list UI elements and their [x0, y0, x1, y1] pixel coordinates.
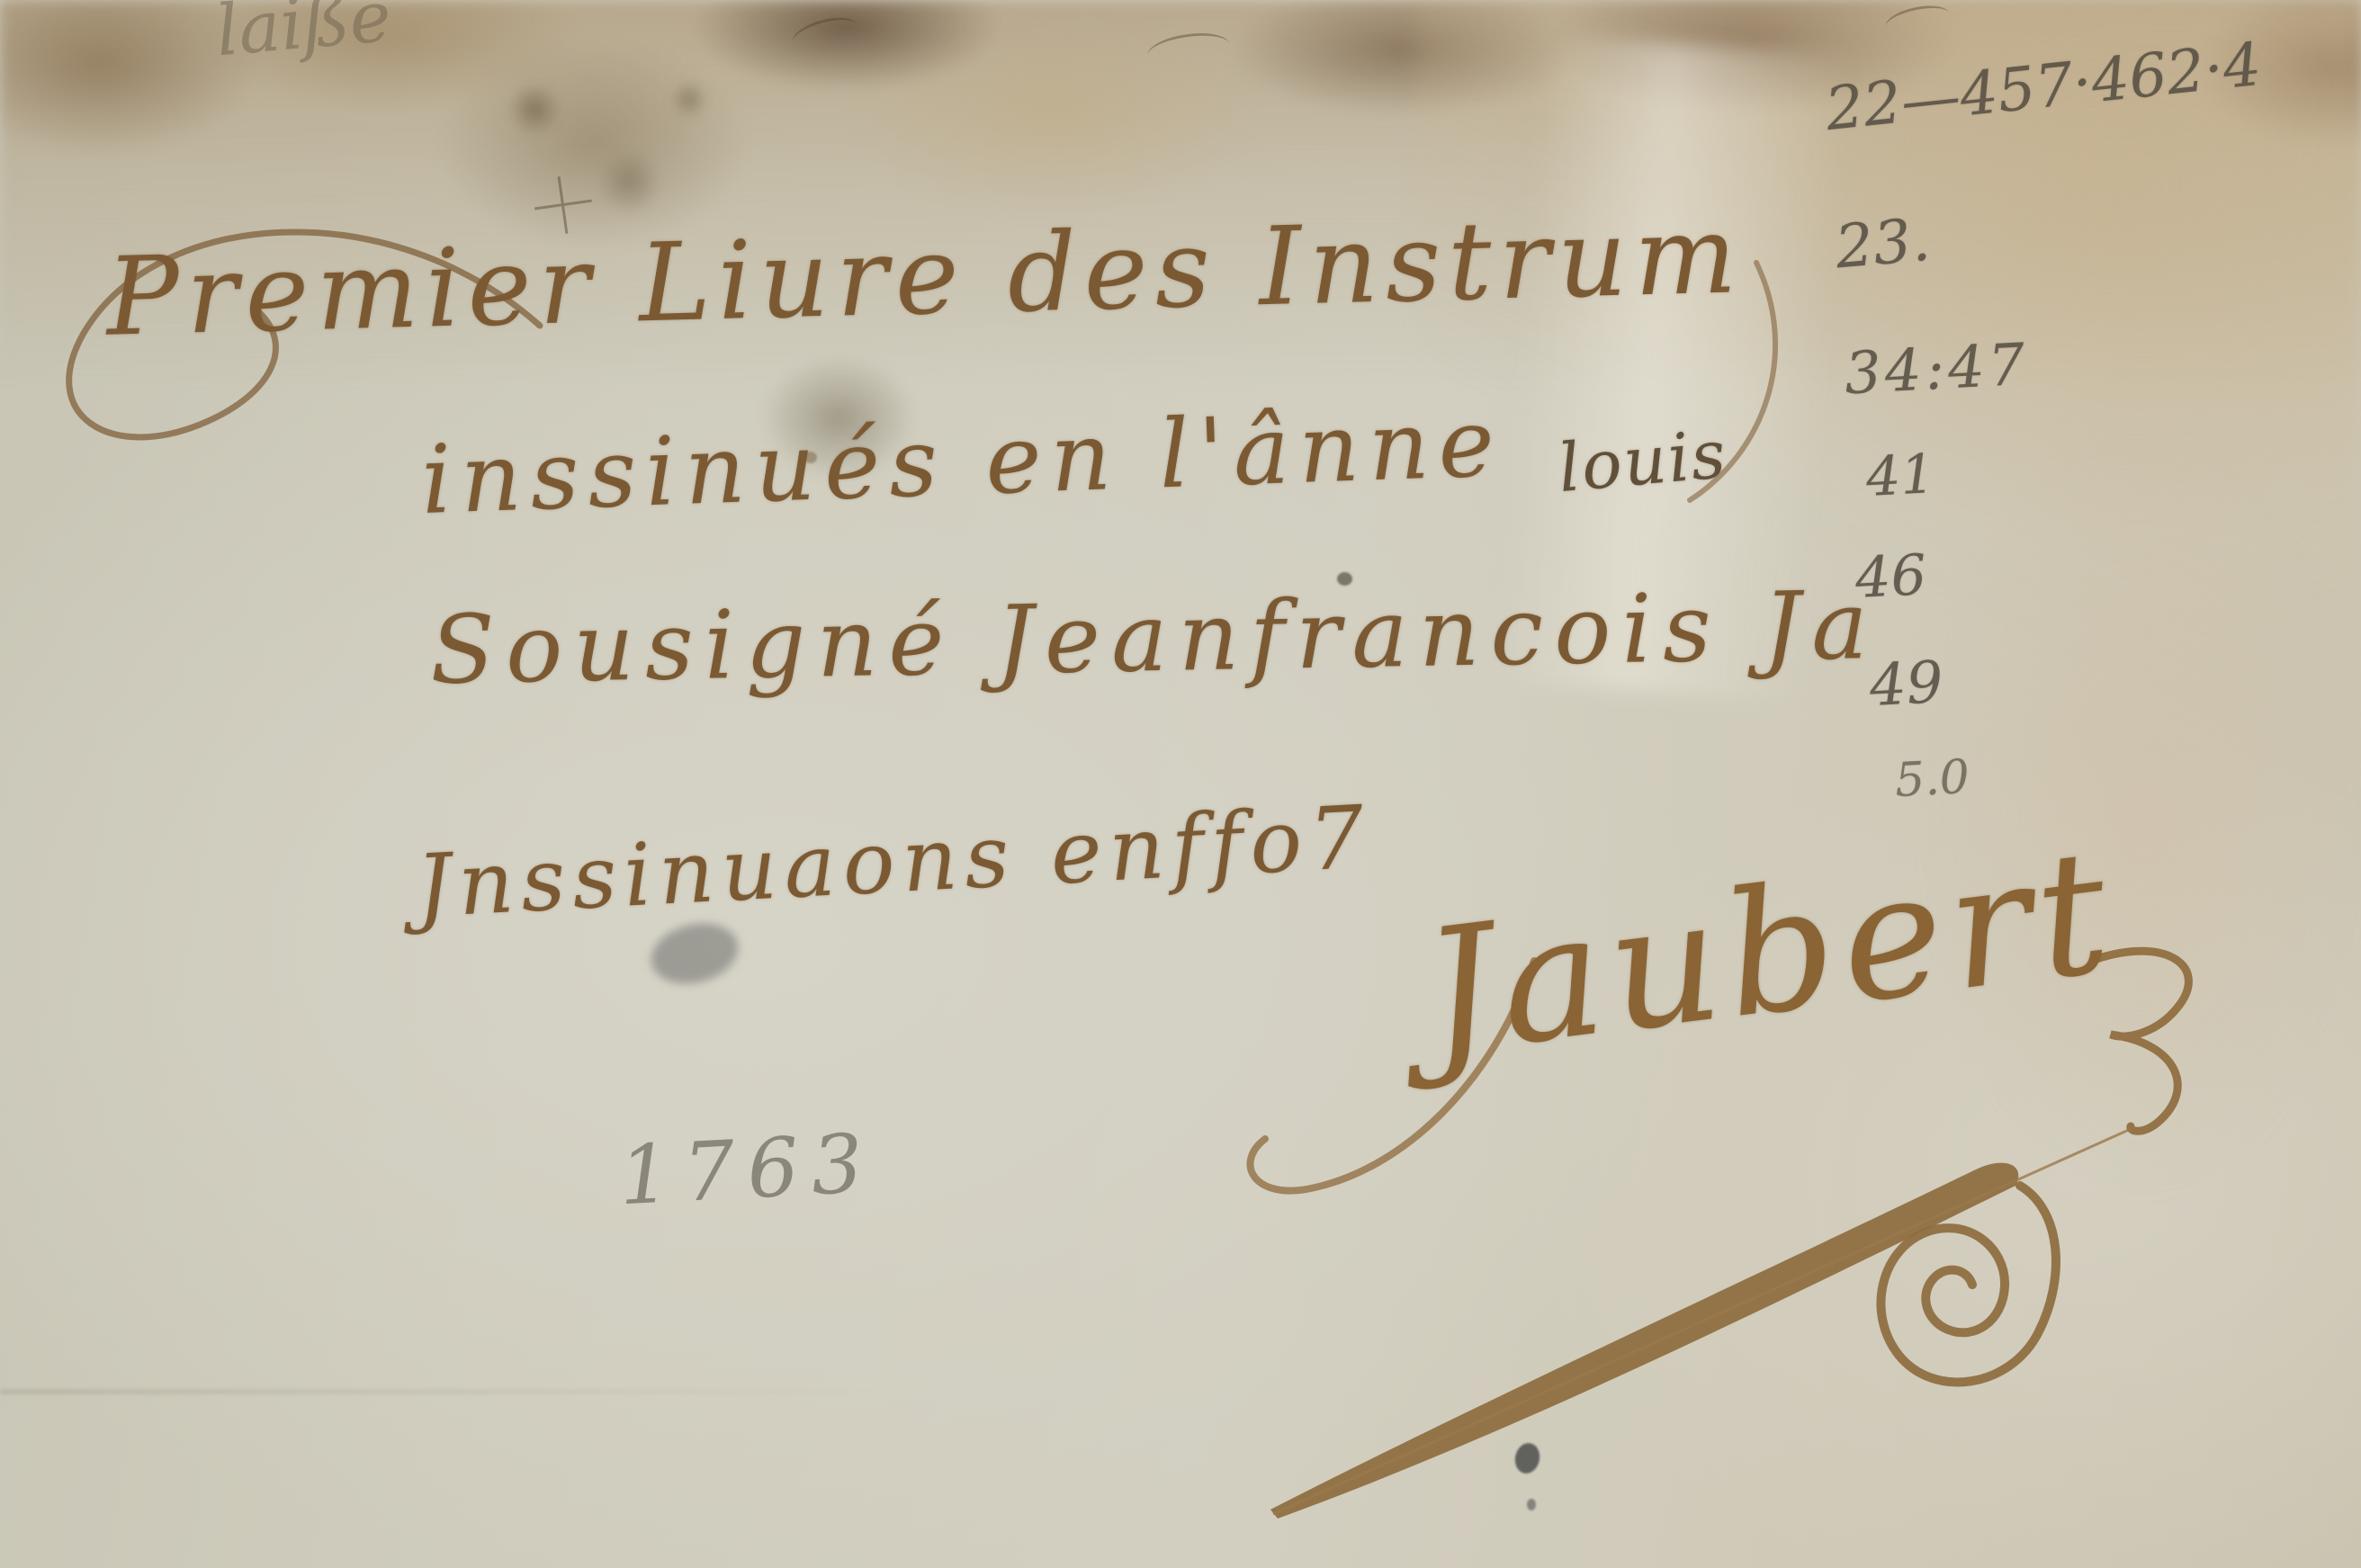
- ink-speck: [1527, 1499, 1536, 1510]
- ink-smudge: [645, 915, 745, 992]
- signature-jaubert: Jaubert: [1414, 811, 2124, 1093]
- margin-number: 22—457·462·4: [1822, 30, 2264, 144]
- right-side-wash: [1926, 432, 2361, 1196]
- pencil-year: 1763: [616, 1116, 877, 1224]
- margin-number: 34:47: [1843, 332, 2030, 408]
- title-line-2: inssinués en l'ânne: [419, 388, 1504, 535]
- paraph-hairline: [1273, 1129, 2131, 1514]
- margin-number: 23.: [1833, 205, 1933, 282]
- margin-number: 46: [1854, 542, 1928, 611]
- title-line-1: Premier Liure des Instrum: [104, 193, 1745, 361]
- top-faint-inscription: laiße: [212, 0, 394, 72]
- ink-speck: [1513, 1441, 1542, 1476]
- title-line-4: Jnssinuaons enffo7: [414, 786, 1374, 936]
- manuscript-page-photo: laiße Premier Liure des Instrum inssinué…: [0, 0, 2361, 1568]
- faint-ink-remnant: [1883, 1, 1952, 40]
- margin-number: 5.0: [1893, 750, 1970, 808]
- paraph-spiral: [1881, 1186, 2055, 1382]
- margin-number: 49: [1868, 650, 1944, 720]
- faint-ink-remnant: [789, 12, 861, 56]
- margin-number: 41: [1864, 443, 1936, 509]
- paper-crease: [0, 1390, 882, 1393]
- faint-ink-remnant: [1145, 29, 1232, 71]
- paraph-thick-stroke: [1270, 1163, 2018, 1519]
- interline-note-louis: louis: [1556, 416, 1730, 507]
- title-line-3: Sousigné Jeanfrancois Ja: [429, 570, 1880, 705]
